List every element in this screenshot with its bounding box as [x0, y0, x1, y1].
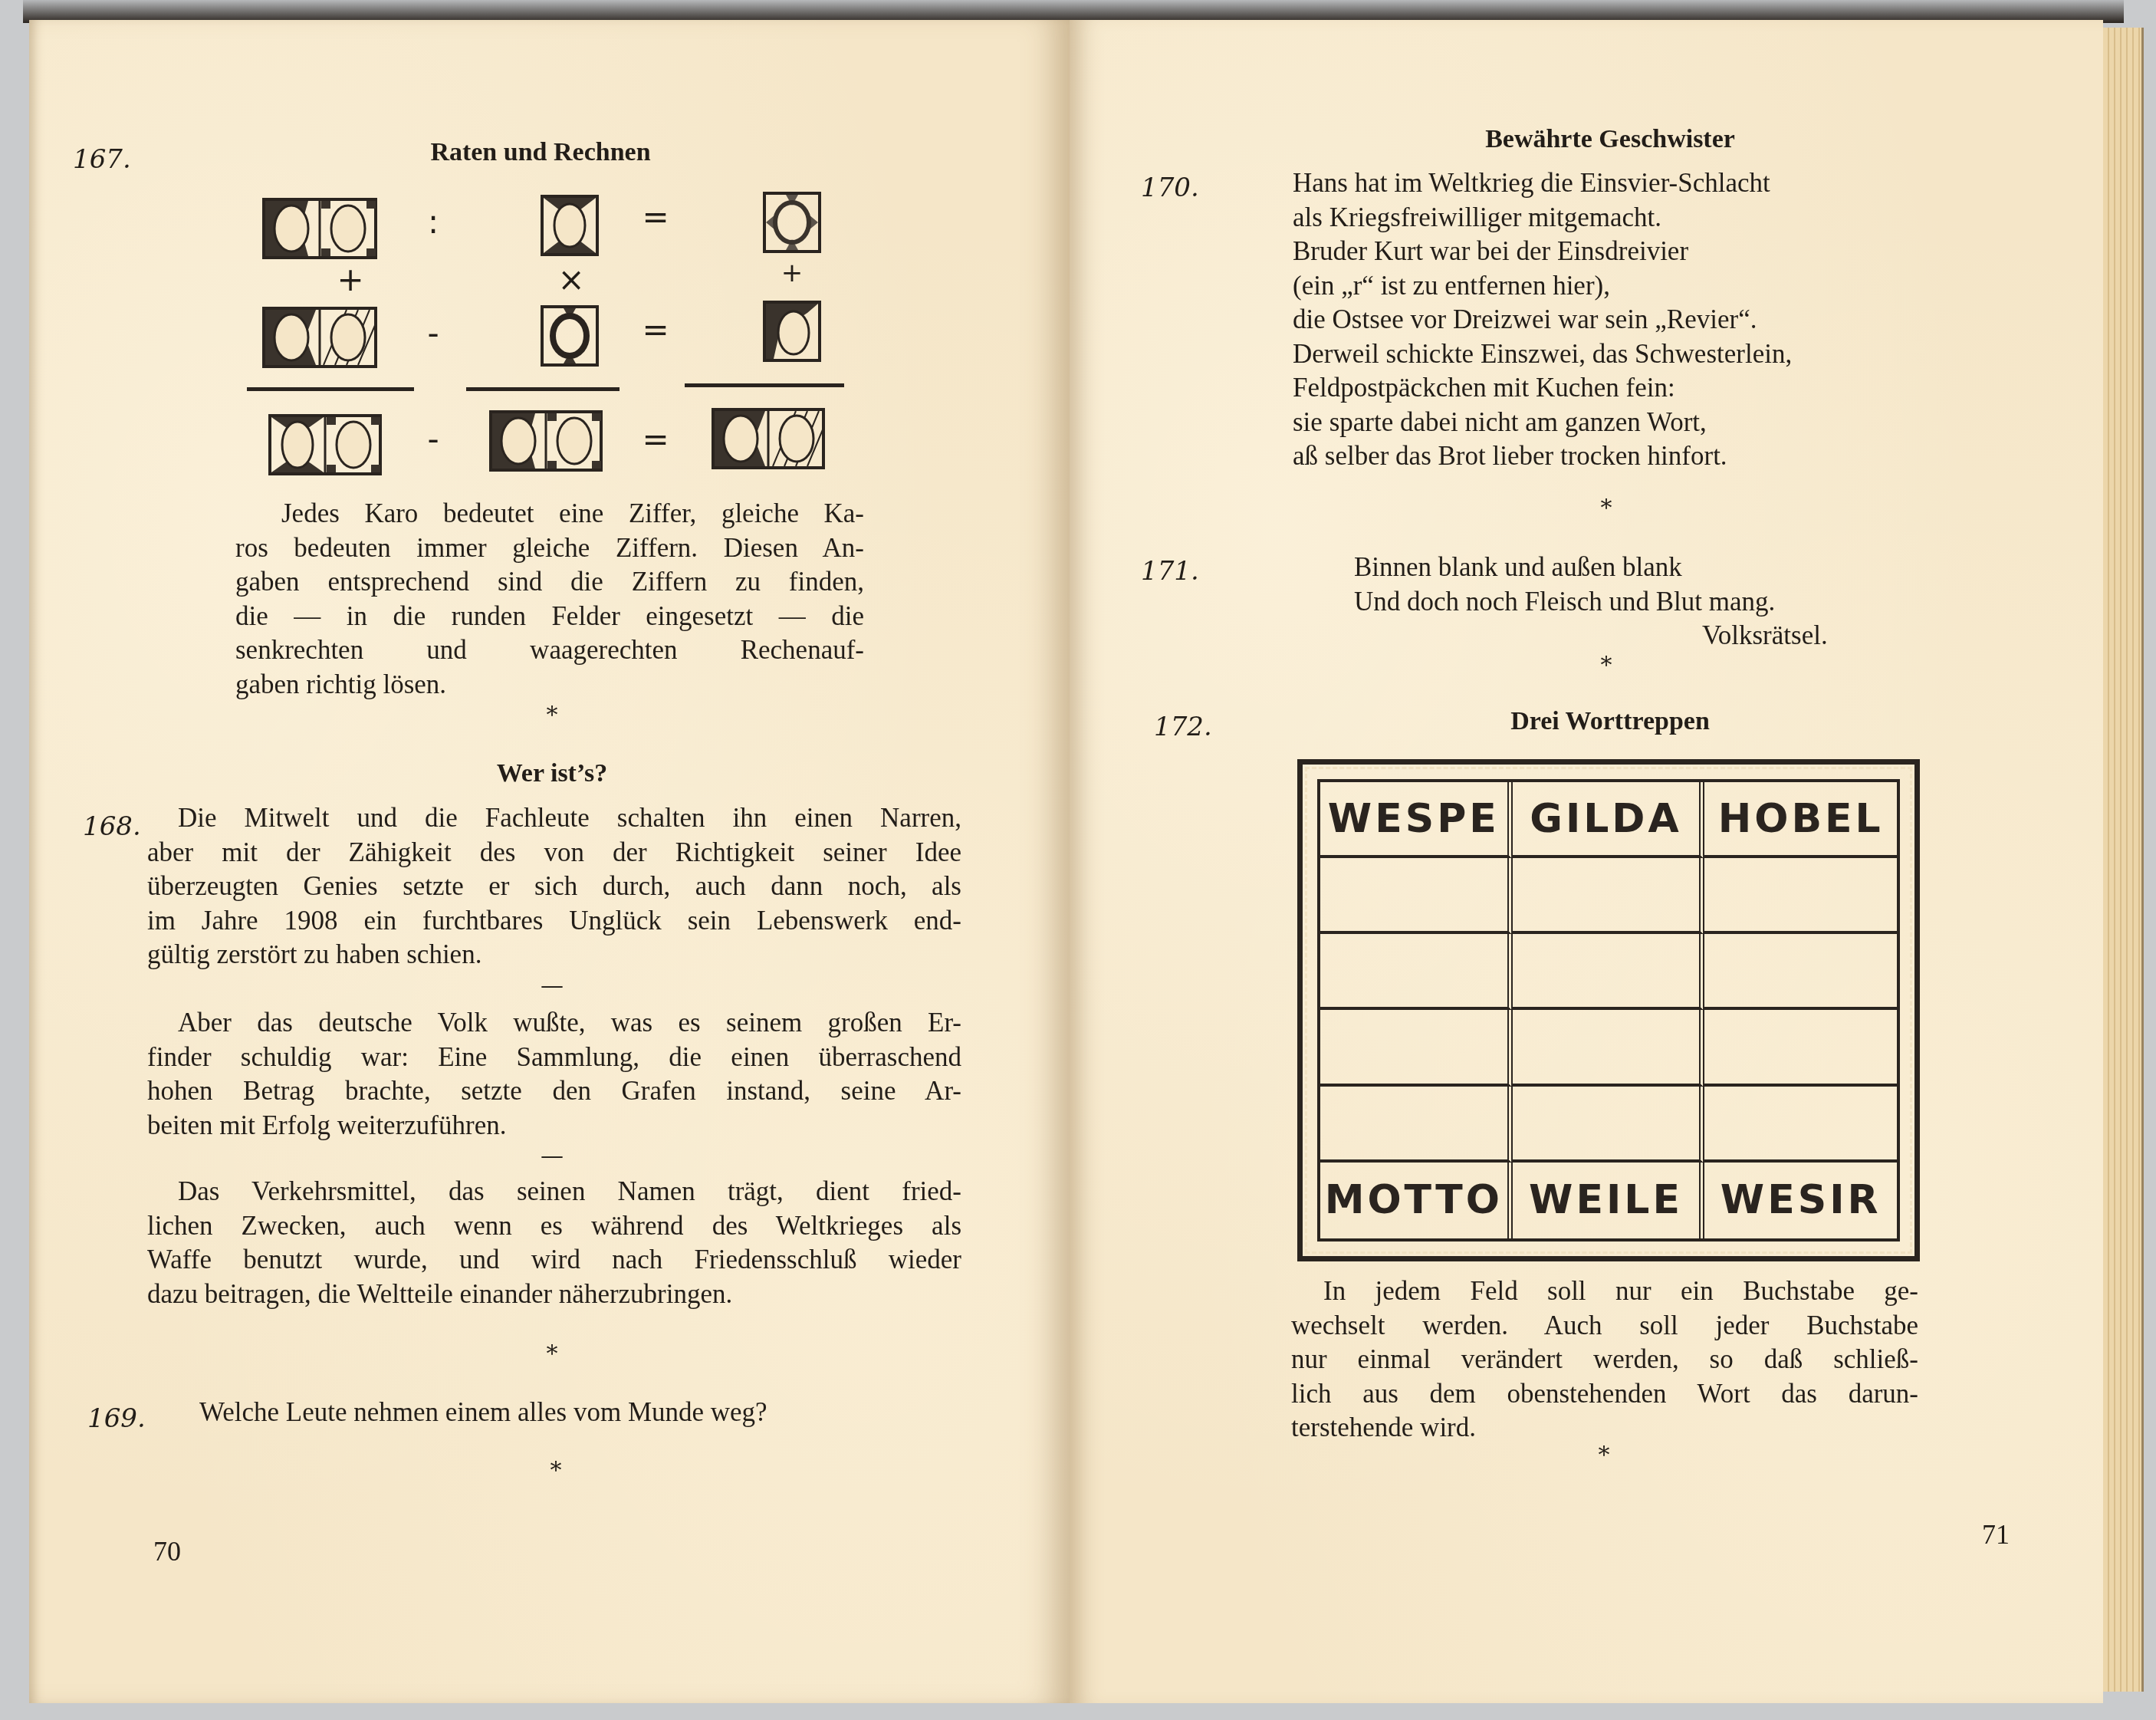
grid-cell-empty[interactable] [1320, 858, 1513, 934]
riddle-line: Und doch noch Fleisch und Blut mang. [1354, 585, 1775, 620]
poem-line: Hans hat im Weltkrieg die Einsvier-Schla… [1293, 166, 1792, 201]
text-line: wechselt werden. Auch soll jeder Buchsta… [1291, 1309, 1918, 1343]
word-ladder-grid: WESPE GILDA HOBEL MOTTO WEILE WESIR [1297, 759, 1920, 1261]
puzzle-168-paragraph-2: Aber das deutsche Volk wußte, was es sei… [147, 1006, 961, 1143]
divide-operator: : [410, 203, 456, 241]
equals-operator: = [633, 420, 679, 458]
text-line: überzeugten Genies setzte er sich durch,… [147, 870, 961, 904]
poem-line: Bruder Kurt war bei der Einsdreivier [1293, 235, 1792, 269]
start-word: GILDA [1530, 796, 1682, 842]
grid-cell-empty[interactable] [1704, 1010, 1897, 1086]
grid-cell-empty[interactable] [1320, 1010, 1513, 1086]
separator-asterisk: * [529, 702, 575, 728]
puzzle-171-attribution: Volksrätsel. [1702, 619, 1828, 653]
text-line: lich aus dem obenstehenden Wort das daru… [1291, 1377, 1918, 1412]
page-number-right: 71 [1982, 1518, 2010, 1551]
text-line: ros bedeuten immer gleiche Ziffern. Dies… [235, 531, 864, 566]
separator-asterisk: * [533, 1457, 579, 1484]
grid-cell-empty[interactable] [1704, 858, 1897, 934]
grid-cell-empty[interactable] [1513, 934, 1705, 1010]
puzzle-170-title: Bewährte Geschwister [1380, 125, 1840, 154]
puzzle-169-text: Welche Leute nehmen einem alles vom Mund… [199, 1396, 767, 1430]
karo-pair-icon [262, 307, 377, 368]
karo-single-icon [763, 301, 821, 362]
grid-cell-empty[interactable] [1704, 934, 1897, 1010]
puzzle-170-number: 170. [1141, 173, 1199, 203]
karo-single-icon [763, 192, 821, 253]
puzzle-170-poem: Hans hat im Weltkrieg die Einsvier-Schla… [1293, 166, 1792, 474]
grid-cell-top: WESPE [1320, 782, 1513, 858]
puzzle-167-title: Raten und Rechnen [311, 138, 771, 167]
grid-cell-empty[interactable] [1513, 1087, 1705, 1163]
puzzle-167-description: Jedes Karo bedeutet eine Ziffer, gleiche… [235, 497, 864, 702]
multiply-operator: × [548, 261, 594, 298]
target-word: MOTTO [1325, 1177, 1503, 1223]
text-line: Welche Leute nehmen einem alles vom Mund… [199, 1396, 767, 1430]
sum-line [685, 383, 844, 387]
separator-asterisk: * [1583, 652, 1629, 679]
separator-asterisk: * [1583, 495, 1629, 521]
text-line: hohen Betrag brachte, setzte den Grafen … [147, 1074, 961, 1109]
grid-cell-top: HOBEL [1704, 782, 1897, 858]
poem-line: die Ostsee vor Dreizwei war sein „Revier… [1293, 303, 1792, 337]
word-ladder-cells: WESPE GILDA HOBEL MOTTO WEILE WESIR [1317, 779, 1900, 1241]
text-line: gaben entsprechend sind die Ziffern zu f… [235, 565, 864, 600]
text-line: finder schuldig war: Eine Sammlung, die … [147, 1041, 961, 1075]
puzzle-168-paragraph-1: Die Mitwelt und die Fachleute schalten i… [147, 801, 961, 972]
separator-asterisk: * [1581, 1442, 1627, 1468]
text-line: lichen Zwecken, auch wenn es während des… [147, 1209, 961, 1244]
text-line: die — in die runden Felder eingesetzt — … [235, 600, 864, 634]
minus-operator: - [410, 314, 456, 352]
grid-cell-bottom: MOTTO [1320, 1163, 1513, 1238]
text-line: terstehende wird. [1291, 1411, 1918, 1445]
puzzle-168-title: Wer ist’s? [383, 759, 721, 788]
start-word: WESPE [1328, 796, 1500, 842]
puzzle-168-paragraph-3: Das Verkehrsmittel, das seinen Namen trä… [147, 1175, 961, 1311]
puzzle-171-riddle: Binnen blank und außen blank Und doch no… [1354, 551, 1775, 619]
text-line: gaben richtig lösen. [235, 668, 864, 702]
text-line: Aber das deutsche Volk wußte, was es sei… [147, 1006, 961, 1041]
grid-cell-empty[interactable] [1513, 1010, 1705, 1086]
page-number-left: 70 [153, 1535, 181, 1567]
grid-cell-empty[interactable] [1320, 934, 1513, 1010]
start-word: HOBEL [1718, 796, 1884, 842]
minus-operator: - [410, 420, 456, 458]
karo-single-icon [541, 305, 599, 367]
karo-single-icon [541, 195, 599, 256]
equals-operator: = [633, 311, 679, 348]
text-line: gültig zerstört zu haben schien. [147, 938, 961, 972]
text-line: Die Mitwelt und die Fachleute schalten i… [147, 801, 961, 836]
puzzle-172-description: In jedem Feld soll nur ein Buchstabe ge-… [1291, 1274, 1918, 1445]
grid-cell-empty[interactable] [1513, 858, 1705, 934]
paragraph-divider: — [529, 1143, 575, 1169]
text-line: beiten mit Erfolg weiterzuführen. [147, 1109, 961, 1143]
poem-line: sie sparte dabei nicht am ganzen Wort, [1293, 406, 1792, 440]
separator-asterisk: * [529, 1340, 575, 1367]
puzzle-172-number: 172. [1154, 712, 1212, 742]
page-stack-edge [2103, 28, 2144, 1692]
puzzle-171-number: 171. [1141, 556, 1199, 587]
poem-line: aß selber das Brot lieber trocken hinfor… [1293, 439, 1792, 474]
grid-cell-top: GILDA [1513, 782, 1705, 858]
text-line: aber mit der Zähigkeit des von der Richt… [147, 836, 961, 870]
poem-line: Derweil schickte Einszwei, das Schwester… [1293, 337, 1792, 372]
text-line: im Jahre 1908 ein furchtbares Unglück se… [147, 904, 961, 939]
text-line: In jedem Feld soll nur ein Buchstabe ge- [1291, 1274, 1918, 1309]
riddle-line: Binnen blank und außen blank [1354, 551, 1775, 585]
grid-cell-empty[interactable] [1320, 1087, 1513, 1163]
text-line: senkrechten und waagerechten Rechenauf- [235, 633, 864, 668]
text-line: Waffe benutzt wurde, und wird nach Fried… [147, 1243, 961, 1278]
plus-operator: + [327, 261, 373, 298]
puzzle-167-number: 167. [73, 144, 131, 175]
karo-pair-icon [489, 410, 603, 472]
plus-operator: + [769, 258, 815, 288]
target-word: WEILE [1529, 1177, 1683, 1223]
poem-line: als Kriegsfreiwilliger mitgemacht. [1293, 201, 1792, 235]
karo-pair-icon [268, 414, 382, 475]
text-line: Das Verkehrsmittel, das seinen Namen trä… [147, 1175, 961, 1209]
poem-line: Feldpostpäckchen mit Kuchen fein: [1293, 371, 1792, 406]
puzzle-168-number: 168. [83, 811, 141, 842]
equals-operator: = [633, 198, 679, 235]
karo-pair-icon [712, 408, 825, 469]
karo-pair-icon [262, 198, 377, 259]
puzzle-169-number: 169. [87, 1403, 146, 1434]
target-word: WESIR [1721, 1177, 1882, 1223]
grid-cell-bottom: WESIR [1704, 1163, 1897, 1238]
sum-line [466, 387, 620, 391]
text-line: Jedes Karo bedeutet eine Ziffer, gleiche… [235, 497, 864, 531]
sum-line [247, 387, 414, 391]
paragraph-divider: — [529, 972, 575, 999]
text-line: nur einmal verändert werden, so daß schl… [1291, 1343, 1918, 1377]
grid-cell-empty[interactable] [1704, 1087, 1897, 1163]
puzzle-172-title: Drei Worttreppen [1380, 707, 1840, 736]
poem-line: (ein „r“ ist zu entfernen hier), [1293, 269, 1792, 304]
text-line: dazu beitragen, die Weltteile einander n… [147, 1278, 961, 1312]
grid-cell-bottom: WEILE [1513, 1163, 1705, 1238]
